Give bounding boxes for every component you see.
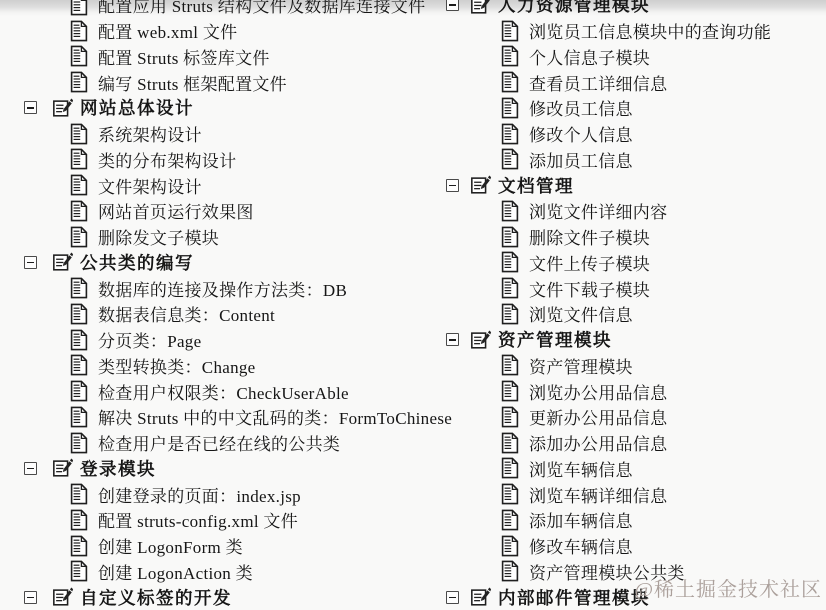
tree-item-row[interactable]: 解决 Struts 中的中文乱码的类：FormToChinese <box>24 404 424 430</box>
tree-item-label: 检查用户是否已经在线的公共类 <box>98 430 340 455</box>
collapse-toggle-minus-icon[interactable] <box>446 591 459 604</box>
tree-item-row[interactable]: 数据库的连接及操作方法类：DB <box>24 275 424 301</box>
tree-item-row[interactable]: 类的分布架构设计 <box>24 147 424 173</box>
tree-item-label: 编写 Struts 框架配置文件 <box>98 70 287 95</box>
tree-section-row[interactable]: 人力资源管理模块 <box>446 0 826 18</box>
collapse-toggle-minus-icon[interactable] <box>24 256 37 269</box>
tree-item-row[interactable]: 创建登录的页面：index.jsp <box>24 481 424 507</box>
tree-item-label: 类的分布架构设计 <box>98 147 236 172</box>
document-icon <box>69 303 89 325</box>
tree-item-label: 删除文件子模块 <box>529 224 650 249</box>
edit-note-icon <box>52 251 74 273</box>
tree-item-row[interactable]: 类型转换类：Change <box>24 353 424 379</box>
tree-item-label: 浏览车辆详细信息 <box>529 482 667 507</box>
tree-item-row[interactable]: 更新办公用品信息 <box>446 404 826 430</box>
tree-item-row[interactable]: 浏览员工信息模块中的查询功能 <box>446 18 826 44</box>
tree-section-row[interactable]: 登录模块 <box>24 456 424 482</box>
document-icon <box>69 277 89 299</box>
tree-item-label: 文件架构设计 <box>98 173 202 198</box>
tree-item-row[interactable]: 修改个人信息 <box>446 121 826 147</box>
tree-section-label: 文档管理 <box>498 173 574 198</box>
tree-section-row[interactable]: 公共类的编写 <box>24 250 424 276</box>
tree-item-row[interactable]: 文件架构设计 <box>24 172 424 198</box>
document-icon <box>500 97 520 119</box>
tree-item-label: 添加办公用品信息 <box>529 430 667 455</box>
document-icon <box>500 483 520 505</box>
edit-note-icon <box>470 174 492 196</box>
tree-item-label: 修改员工信息 <box>529 95 633 120</box>
tree-item-row[interactable]: 文件下载子模块 <box>446 275 826 301</box>
tree-item-label: 修改个人信息 <box>529 121 633 146</box>
document-icon <box>500 123 520 145</box>
document-icon <box>69 20 89 42</box>
tree-item-row[interactable]: 分页类：Page <box>24 327 424 353</box>
tree-item-label: 浏览办公用品信息 <box>529 379 667 404</box>
tree-item-label: 浏览车辆信息 <box>529 456 633 481</box>
tree-item-row[interactable]: 文件上传子模块 <box>446 250 826 276</box>
tree-item-label: 查看员工详细信息 <box>529 70 667 95</box>
tree-item-label: 删除发文子模块 <box>98 224 219 249</box>
edit-note-icon <box>52 586 74 608</box>
tree-item-row[interactable]: 浏览车辆详细信息 <box>446 481 826 507</box>
tree-item-label: 创建 LogonAction 类 <box>98 559 253 584</box>
tree-item-row[interactable]: 系统架构设计 <box>24 121 424 147</box>
tree-item-row[interactable]: 添加员工信息 <box>446 147 826 173</box>
collapse-toggle-minus-icon[interactable] <box>24 462 37 475</box>
document-icon <box>500 71 520 93</box>
document-icon <box>500 251 520 273</box>
tree-item-row[interactable]: 浏览车辆信息 <box>446 456 826 482</box>
tree-item-row[interactable]: 编写 Struts 框架配置文件 <box>24 69 424 95</box>
tree-section-label: 自定义标签的开发 <box>80 585 232 610</box>
tree-item-label: 更新办公用品信息 <box>529 404 667 429</box>
document-icon <box>69 226 89 248</box>
document-icon <box>69 123 89 145</box>
tree-section-row[interactable]: 文档管理 <box>446 172 826 198</box>
watermark-text: @稀土掘金技术社区 <box>635 573 822 602</box>
tree-item-row[interactable]: 浏览文件信息 <box>446 301 826 327</box>
tree-item-label: 数据库的连接及操作方法类：DB <box>98 276 347 301</box>
document-icon <box>69 535 89 557</box>
tree-item-label: 浏览员工信息模块中的查询功能 <box>529 18 771 43</box>
tree-item-row[interactable]: 添加车辆信息 <box>446 507 826 533</box>
tree-item-label: 文件上传子模块 <box>529 250 650 275</box>
tree-item-row[interactable]: 浏览办公用品信息 <box>446 378 826 404</box>
tree-item-label: 分页类：Page <box>98 327 201 352</box>
document-icon <box>69 148 89 170</box>
tree-item-label: 配置 struts-config.xml 文件 <box>98 507 298 532</box>
tree-section-label: 网站总体设计 <box>80 95 194 120</box>
document-icon <box>500 354 520 376</box>
tree-item-label: 检查用户权限类：CheckUserAble <box>98 379 349 404</box>
tree-item-row[interactable]: 删除文件子模块 <box>446 224 826 250</box>
tree-item-label: 修改车辆信息 <box>529 533 633 558</box>
toc-tree-column-right: 人力资源管理模块 浏览员工信息模块中的查询功能 个人信息子模块 <box>446 0 826 610</box>
document-icon <box>69 406 89 428</box>
tree-item-row[interactable]: 修改员工信息 <box>446 95 826 121</box>
tree-section-label: 人力资源管理模块 <box>498 0 650 17</box>
collapse-toggle-minus-icon[interactable] <box>446 179 459 192</box>
document-icon <box>69 329 89 351</box>
document-icon <box>500 535 520 557</box>
document-icon <box>69 380 89 402</box>
document-icon <box>500 148 520 170</box>
tree-item-label: 类型转换类：Change <box>98 353 256 378</box>
collapse-toggle-minus-icon[interactable] <box>24 101 37 114</box>
tree-item-row[interactable]: 个人信息子模块 <box>446 44 826 70</box>
document-icon <box>500 200 520 222</box>
document-icon <box>69 174 89 196</box>
document-icon <box>69 71 89 93</box>
tree-item-row[interactable]: 资产管理模块 <box>446 353 826 379</box>
document-icon <box>500 20 520 42</box>
edit-note-icon <box>470 329 492 351</box>
document-icon <box>69 432 89 454</box>
document-icon <box>500 432 520 454</box>
tree-item-label: 数据表信息类：Content <box>98 301 275 326</box>
tree-item-row[interactable]: 网站首页运行效果图 <box>24 198 424 224</box>
document-icon <box>500 303 520 325</box>
tree-item-row[interactable]: 创建 LogonForm 类 <box>24 533 424 559</box>
document-icon <box>69 200 89 222</box>
tree-item-row[interactable]: 检查用户权限类：CheckUserAble <box>24 378 424 404</box>
edit-note-icon <box>52 97 74 119</box>
tree-section-label: 公共类的编写 <box>80 250 194 275</box>
tree-section-label: 内部邮件管理模块 <box>498 585 650 610</box>
tree-item-row[interactable]: 查看员工详细信息 <box>446 69 826 95</box>
tree-item-label: 添加员工信息 <box>529 147 633 172</box>
tree-item-label: 系统架构设计 <box>98 121 202 146</box>
tree-section-row[interactable]: 资产管理模块 <box>446 327 826 353</box>
tree-item-label: 配置 web.xml 文件 <box>98 18 237 43</box>
collapse-toggle-minus-icon[interactable] <box>446 333 459 346</box>
document-icon <box>69 45 89 67</box>
document-icon <box>69 354 89 376</box>
tree-item-row[interactable]: 浏览文件详细内容 <box>446 198 826 224</box>
edit-note-icon <box>52 457 74 479</box>
tree-item-label: 创建登录的页面：index.jsp <box>98 482 301 507</box>
collapse-toggle-minus-icon[interactable] <box>446 0 459 11</box>
tree-item-row[interactable]: 添加办公用品信息 <box>446 430 826 456</box>
tree-item-row[interactable]: 配置 struts-config.xml 文件 <box>24 507 424 533</box>
collapse-toggle-minus-icon[interactable] <box>24 591 37 604</box>
document-icon <box>500 457 520 479</box>
tree-section-label: 资产管理模块 <box>498 327 612 352</box>
tree-item-label: 添加车辆信息 <box>529 507 633 532</box>
document-icon <box>500 560 520 582</box>
tree-item-label: 个人信息子模块 <box>529 44 650 69</box>
tree-item-row[interactable]: 配置 Struts 标签库文件 <box>24 44 424 70</box>
tree-item-row[interactable]: 检查用户是否已经在线的公共类 <box>24 430 424 456</box>
tree-section-label: 登录模块 <box>80 456 156 481</box>
tree-item-label: 网站首页运行效果图 <box>98 198 254 223</box>
document-icon <box>500 277 520 299</box>
tree-item-row[interactable]: 创建 LogonAction 类 <box>24 559 424 585</box>
tree-item-row[interactable]: 配置应用 Struts 结构文件及数据库连接文件 <box>24 0 424 18</box>
tree-item-row[interactable]: 配置 web.xml 文件 <box>24 18 424 44</box>
document-icon <box>69 509 89 531</box>
toc-tree-column-left: 配置应用 Struts 结构文件及数据库连接文件 配置 web.xml 文件 配… <box>24 0 424 610</box>
edit-note-icon <box>470 0 492 16</box>
tree-item-label: 文件下载子模块 <box>529 276 650 301</box>
document-icon <box>500 406 520 428</box>
tree-item-row[interactable]: 删除发文子模块 <box>24 224 424 250</box>
document-icon <box>500 45 520 67</box>
tree-item-row[interactable]: 数据表信息类：Content <box>24 301 424 327</box>
document-icon <box>500 226 520 248</box>
tree-item-label: 创建 LogonForm 类 <box>98 533 243 558</box>
tree-item-label: 资产管理模块 <box>529 353 633 378</box>
document-icon <box>69 483 89 505</box>
document-icon <box>500 509 520 531</box>
tree-section-row[interactable]: 自定义标签的开发 <box>24 584 424 610</box>
tree-item-label: 配置应用 Struts 结构文件及数据库连接文件 <box>98 0 425 17</box>
document-icon <box>500 380 520 402</box>
tree-item-row[interactable]: 修改车辆信息 <box>446 533 826 559</box>
edit-note-icon <box>470 586 492 608</box>
tree-item-label: 浏览文件信息 <box>529 301 633 326</box>
tree-item-label: 浏览文件详细内容 <box>529 198 667 223</box>
document-icon <box>69 0 89 16</box>
tree-section-row[interactable]: 网站总体设计 <box>24 95 424 121</box>
tree-item-label: 配置 Struts 标签库文件 <box>98 44 270 69</box>
tree-item-label: 解决 Struts 中的中文乱码的类：FormToChinese <box>98 404 452 429</box>
document-icon <box>69 560 89 582</box>
